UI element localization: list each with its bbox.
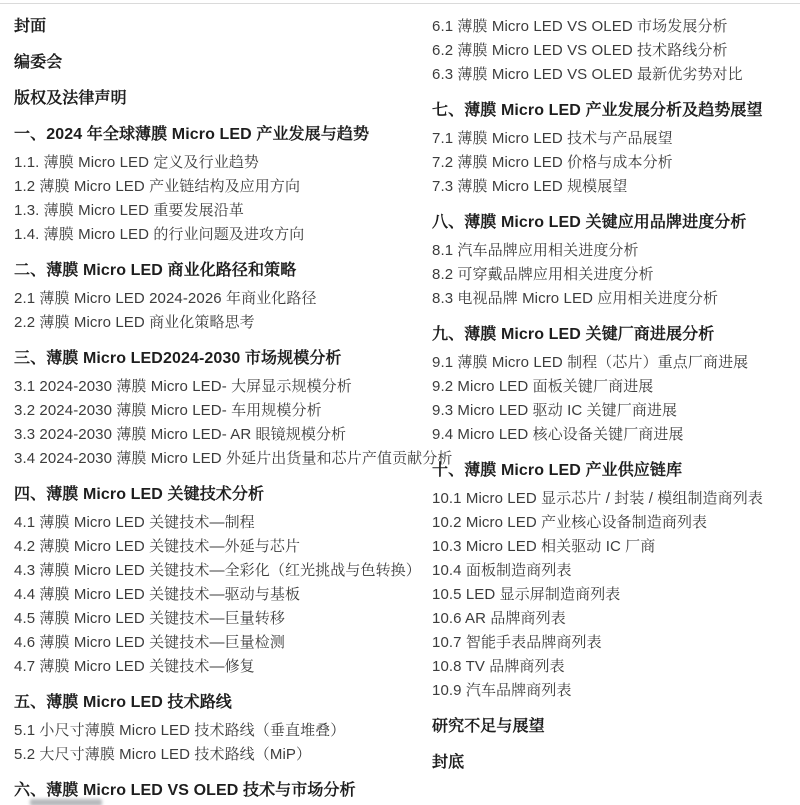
toc-section-heading: 封底 <box>432 751 796 775</box>
toc-entry: 8.2 可穿戴品牌应用相关进度分析 <box>432 263 796 287</box>
toc-section-heading: 编委会 <box>14 51 460 75</box>
toc-section-heading: 二、薄膜 Micro LED 商业化路径和策略 <box>14 259 460 283</box>
top-divider <box>0 3 800 4</box>
toc-entry: 10.2 Micro LED 产业核心设备制造商列表 <box>432 511 796 535</box>
toc-entry: 9.1 薄膜 Micro LED 制程（芯片）重点厂商进展 <box>432 351 796 375</box>
toc-entry: 4.4 薄膜 Micro LED 关键技术—驱动与基板 <box>14 583 460 607</box>
toc-entry: 9.4 Micro LED 核心设备关键厂商进展 <box>432 423 796 447</box>
toc-entry: 5.1 小尺寸薄膜 Micro LED 技术路线（垂直堆叠） <box>14 719 460 743</box>
toc-entry: 4.6 薄膜 Micro LED 关键技术—巨量检测 <box>14 631 460 655</box>
toc-section-heading: 十、薄膜 Micro LED 产业供应链库 <box>432 459 796 483</box>
toc-entry: 3.4 2024-2030 薄膜 Micro LED 外延片出货量和芯片产值贡献… <box>14 447 460 471</box>
toc-entry: 4.5 薄膜 Micro LED 关键技术—巨量转移 <box>14 607 460 631</box>
toc-entry: 6.1 薄膜 Micro LED VS OLED 市场发展分析 <box>432 15 796 39</box>
cropped-next-row-artifact <box>30 799 102 805</box>
toc-entry: 8.3 电视品牌 Micro LED 应用相关进度分析 <box>432 287 796 311</box>
toc-entry: 10.5 LED 显示屏制造商列表 <box>432 583 796 607</box>
toc-section-heading: 五、薄膜 Micro LED 技术路线 <box>14 691 460 715</box>
toc-entry: 5.2 大尺寸薄膜 Micro LED 技术路线（MiP） <box>14 743 460 767</box>
toc-entry: 8.1 汽车品牌应用相关进度分析 <box>432 239 796 263</box>
toc-entry: 9.3 Micro LED 驱动 IC 关键厂商进展 <box>432 399 796 423</box>
toc-entry: 2.1 薄膜 Micro LED 2024-2026 年商业化路径 <box>14 287 460 311</box>
toc-entry: 1.2 薄膜 Micro LED 产业链结构及应用方向 <box>14 175 460 199</box>
toc-entry: 3.1 2024-2030 薄膜 Micro LED- 大屏显示规模分析 <box>14 375 460 399</box>
toc-section-heading: 封面 <box>14 15 460 39</box>
toc-entry: 3.2 2024-2030 薄膜 Micro LED- 车用规模分析 <box>14 399 460 423</box>
toc-entry: 7.2 薄膜 Micro LED 价格与成本分析 <box>432 151 796 175</box>
toc-section-heading: 八、薄膜 Micro LED 关键应用品牌进度分析 <box>432 211 796 235</box>
toc-entry: 9.2 Micro LED 面板关键厂商进展 <box>432 375 796 399</box>
toc-entry: 10.3 Micro LED 相关驱动 IC 厂商 <box>432 535 796 559</box>
toc-entry: 4.2 薄膜 Micro LED 关键技术—外延与芯片 <box>14 535 460 559</box>
toc-entry: 4.7 薄膜 Micro LED 关键技术—修复 <box>14 655 460 679</box>
toc-entry: 2.2 薄膜 Micro LED 商业化策略思考 <box>14 311 460 335</box>
toc-entry: 10.4 面板制造商列表 <box>432 559 796 583</box>
toc-section-heading: 一、2024 年全球薄膜 Micro LED 产业发展与趋势 <box>14 123 460 147</box>
toc-entry: 10.1 Micro LED 显示芯片 / 封装 / 模组制造商列表 <box>432 487 796 511</box>
toc-entry: 10.6 AR 品牌商列表 <box>432 607 796 631</box>
toc-section-heading: 九、薄膜 Micro LED 关键厂商进展分析 <box>432 323 796 347</box>
toc-entry: 10.7 智能手表品牌商列表 <box>432 631 796 655</box>
toc-entry: 10.9 汽车品牌商列表 <box>432 679 796 703</box>
toc-column-right: 6.1 薄膜 Micro LED VS OLED 市场发展分析6.2 薄膜 Mi… <box>432 15 796 779</box>
toc-entry: 4.3 薄膜 Micro LED 关键技术—全彩化（红光挑战与色转换） <box>14 559 460 583</box>
toc-entry: 4.1 薄膜 Micro LED 关键技术—制程 <box>14 511 460 535</box>
toc-entry: 7.3 薄膜 Micro LED 规模展望 <box>432 175 796 199</box>
toc-entry: 1.1. 薄膜 Micro LED 定义及行业趋势 <box>14 151 460 175</box>
toc-column-left: 封面编委会版权及法律声明一、2024 年全球薄膜 Micro LED 产业发展与… <box>14 15 460 805</box>
toc-section-heading: 三、薄膜 Micro LED2024-2030 市场规模分析 <box>14 347 460 371</box>
toc-section-heading: 研究不足与展望 <box>432 715 796 739</box>
toc-section-heading: 四、薄膜 Micro LED 关键技术分析 <box>14 483 460 507</box>
toc-entry: 3.3 2024-2030 薄膜 Micro LED- AR 眼镜规模分析 <box>14 423 460 447</box>
toc-entry: 7.1 薄膜 Micro LED 技术与产品展望 <box>432 127 796 151</box>
toc-entry: 10.8 TV 品牌商列表 <box>432 655 796 679</box>
toc-entry: 1.4. 薄膜 Micro LED 的行业问题及进攻方向 <box>14 223 460 247</box>
toc-entry: 6.3 薄膜 Micro LED VS OLED 最新优劣势对比 <box>432 63 796 87</box>
toc-section-heading: 七、薄膜 Micro LED 产业发展分析及趋势展望 <box>432 99 796 123</box>
toc-entry: 6.2 薄膜 Micro LED VS OLED 技术路线分析 <box>432 39 796 63</box>
toc-entry: 1.3. 薄膜 Micro LED 重要发展沿革 <box>14 199 460 223</box>
toc-section-heading: 版权及法律声明 <box>14 87 460 111</box>
